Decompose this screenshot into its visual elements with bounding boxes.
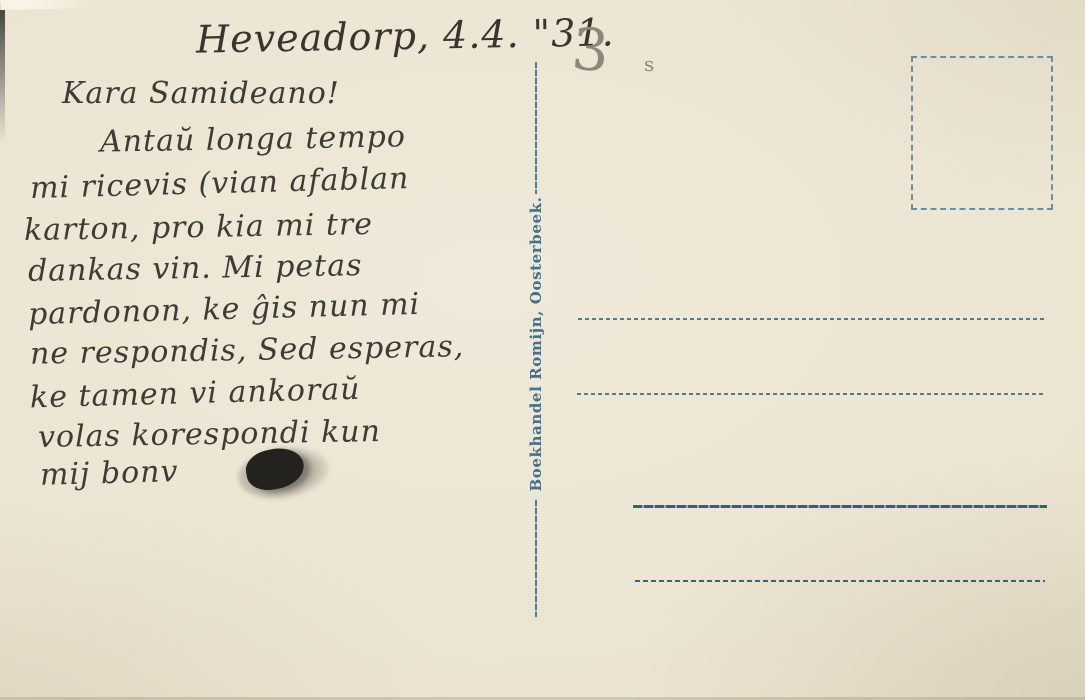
stamp-box — [911, 56, 1053, 210]
handwriting-line: volas korespondi kun — [38, 414, 381, 455]
handwriting-line: karton, pro kia mi tre — [24, 207, 374, 248]
scan-corner-sliver — [0, 0, 120, 10]
address-line — [578, 318, 1045, 320]
handwriting-line: dankas vin. Mi petas — [28, 248, 363, 289]
handwriting-line: mij bonv — [40, 454, 179, 493]
postcard-back: Heveadorp, 4.4. "31. 3 s Kara Samideano!… — [0, 0, 1085, 700]
handwriting-line: Kara Samideano! — [62, 76, 340, 111]
divider-line-bottom — [535, 500, 537, 617]
publisher-imprint: Boekhandel Romijn, Oosterbeek. — [527, 194, 547, 494]
pencil-mark-number: 3 — [570, 15, 612, 85]
address-line — [577, 393, 1045, 395]
handwritten-dateline: Heveadorp, 4.4. "31. — [196, 10, 615, 61]
address-line — [635, 580, 1045, 582]
scan-edge-artifact-left — [0, 0, 5, 150]
handwriting-line: Antaŭ longa tempo — [100, 119, 406, 159]
handwriting-line: mi ricevis (vian afablan — [30, 161, 410, 206]
handwriting-line: ke tamen vi ankoraŭ — [30, 372, 361, 416]
handwriting-line: ne respondis, Sed esperas, — [30, 329, 465, 372]
pencil-mark-letter: s — [644, 52, 655, 76]
address-line — [633, 505, 1047, 508]
handwriting-line: pardonon, ke ĝis nun mi — [28, 287, 421, 332]
divider-line-top — [535, 62, 537, 194]
